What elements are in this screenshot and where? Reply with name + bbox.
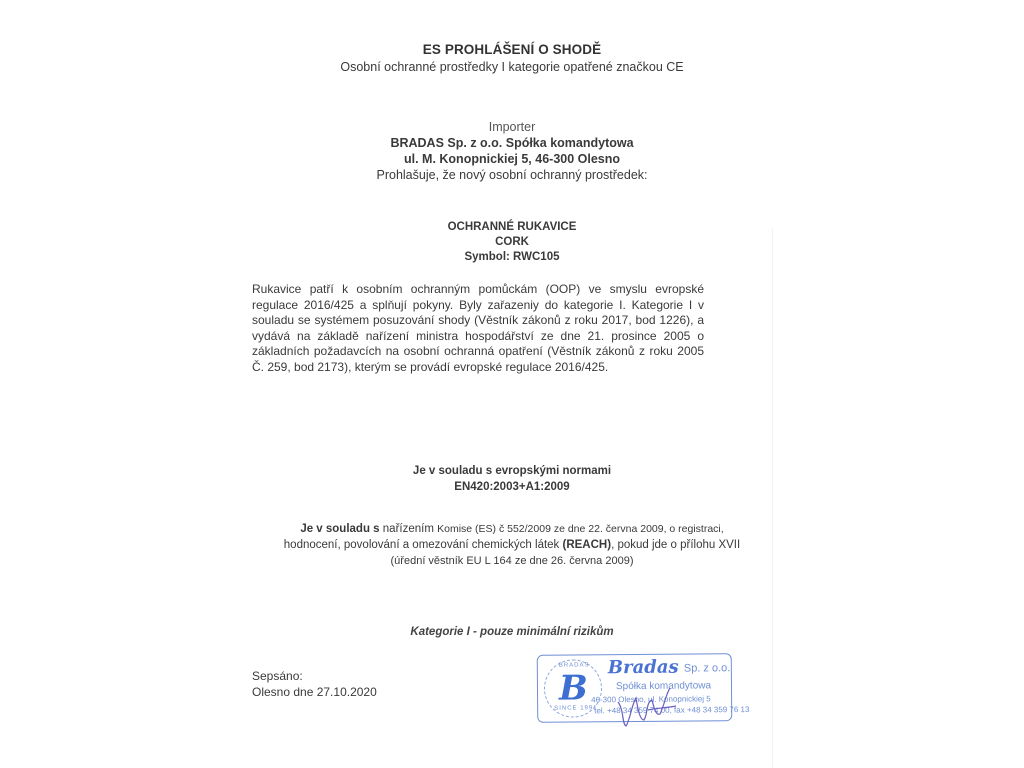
- importer-address: ul. M. Konopnickiej 5, 46-300 Olesno: [0, 152, 1024, 166]
- stamp-suffix: Sp. z o.o.: [684, 662, 731, 674]
- document-title: ES PROHLÁŠENÍ O SHODĚ: [0, 42, 1024, 57]
- product-symbol: Symbol: RWC105: [0, 251, 1024, 263]
- stamp-brand: Bradas: [608, 657, 679, 679]
- document-subtitle: Osobní ochranné prostředky I kategorie o…: [0, 60, 1024, 74]
- body-paragraph: Rukavice patří k osobním ochranným pomůc…: [252, 282, 704, 375]
- product-model: CORK: [0, 236, 1024, 248]
- reach-lead-bold: Je v souladu s: [300, 523, 379, 535]
- signature-icon: [610, 680, 680, 730]
- reach-lead-small: Komise (ES) č 552/2009 ze dne 22. června…: [437, 523, 724, 535]
- reach-line2-bold: (REACH): [563, 539, 612, 551]
- page-edge-shadow: [772, 228, 773, 768]
- importer-name: BRADAS Sp. z o.o. Spółka komandytowa: [0, 136, 1024, 150]
- reach-lead-rest: nařízením: [380, 523, 438, 535]
- importer-declaration: Prohlašuje, že nový osobní ochranný pros…: [0, 168, 1024, 182]
- signed-place-date: Olesno dne 27.10.2020: [252, 685, 377, 699]
- norms-heading: Je v souladu s evropskými normami: [0, 465, 1024, 477]
- reach-line-1: Je v souladu s nařízením Komise (ES) č 5…: [0, 523, 1024, 535]
- signed-label: Sepsáno:: [252, 669, 303, 683]
- reach-line-3: (úřední věstník EU L 164 ze dne 26. červ…: [0, 555, 1024, 567]
- importer-label: Importer: [0, 120, 1024, 134]
- stamp-logo-letter: B: [559, 671, 587, 705]
- reach-line2-post: , pokud jde o přílohu XVII: [611, 539, 740, 551]
- reach-line-2: hodnocení, povolování a omezování chemic…: [0, 539, 1024, 551]
- product-name: OCHRANNÉ RUKAVICE: [0, 221, 1024, 233]
- norms-standard: EN420:2003+A1:2009: [0, 481, 1024, 493]
- category-note: Kategorie I - pouze minimální rizikům: [0, 626, 1024, 638]
- stamp-ring-bottom: SINCE 1991: [554, 705, 597, 711]
- reach-line2-pre: hodnocení, povolování a omezování chemic…: [284, 539, 563, 551]
